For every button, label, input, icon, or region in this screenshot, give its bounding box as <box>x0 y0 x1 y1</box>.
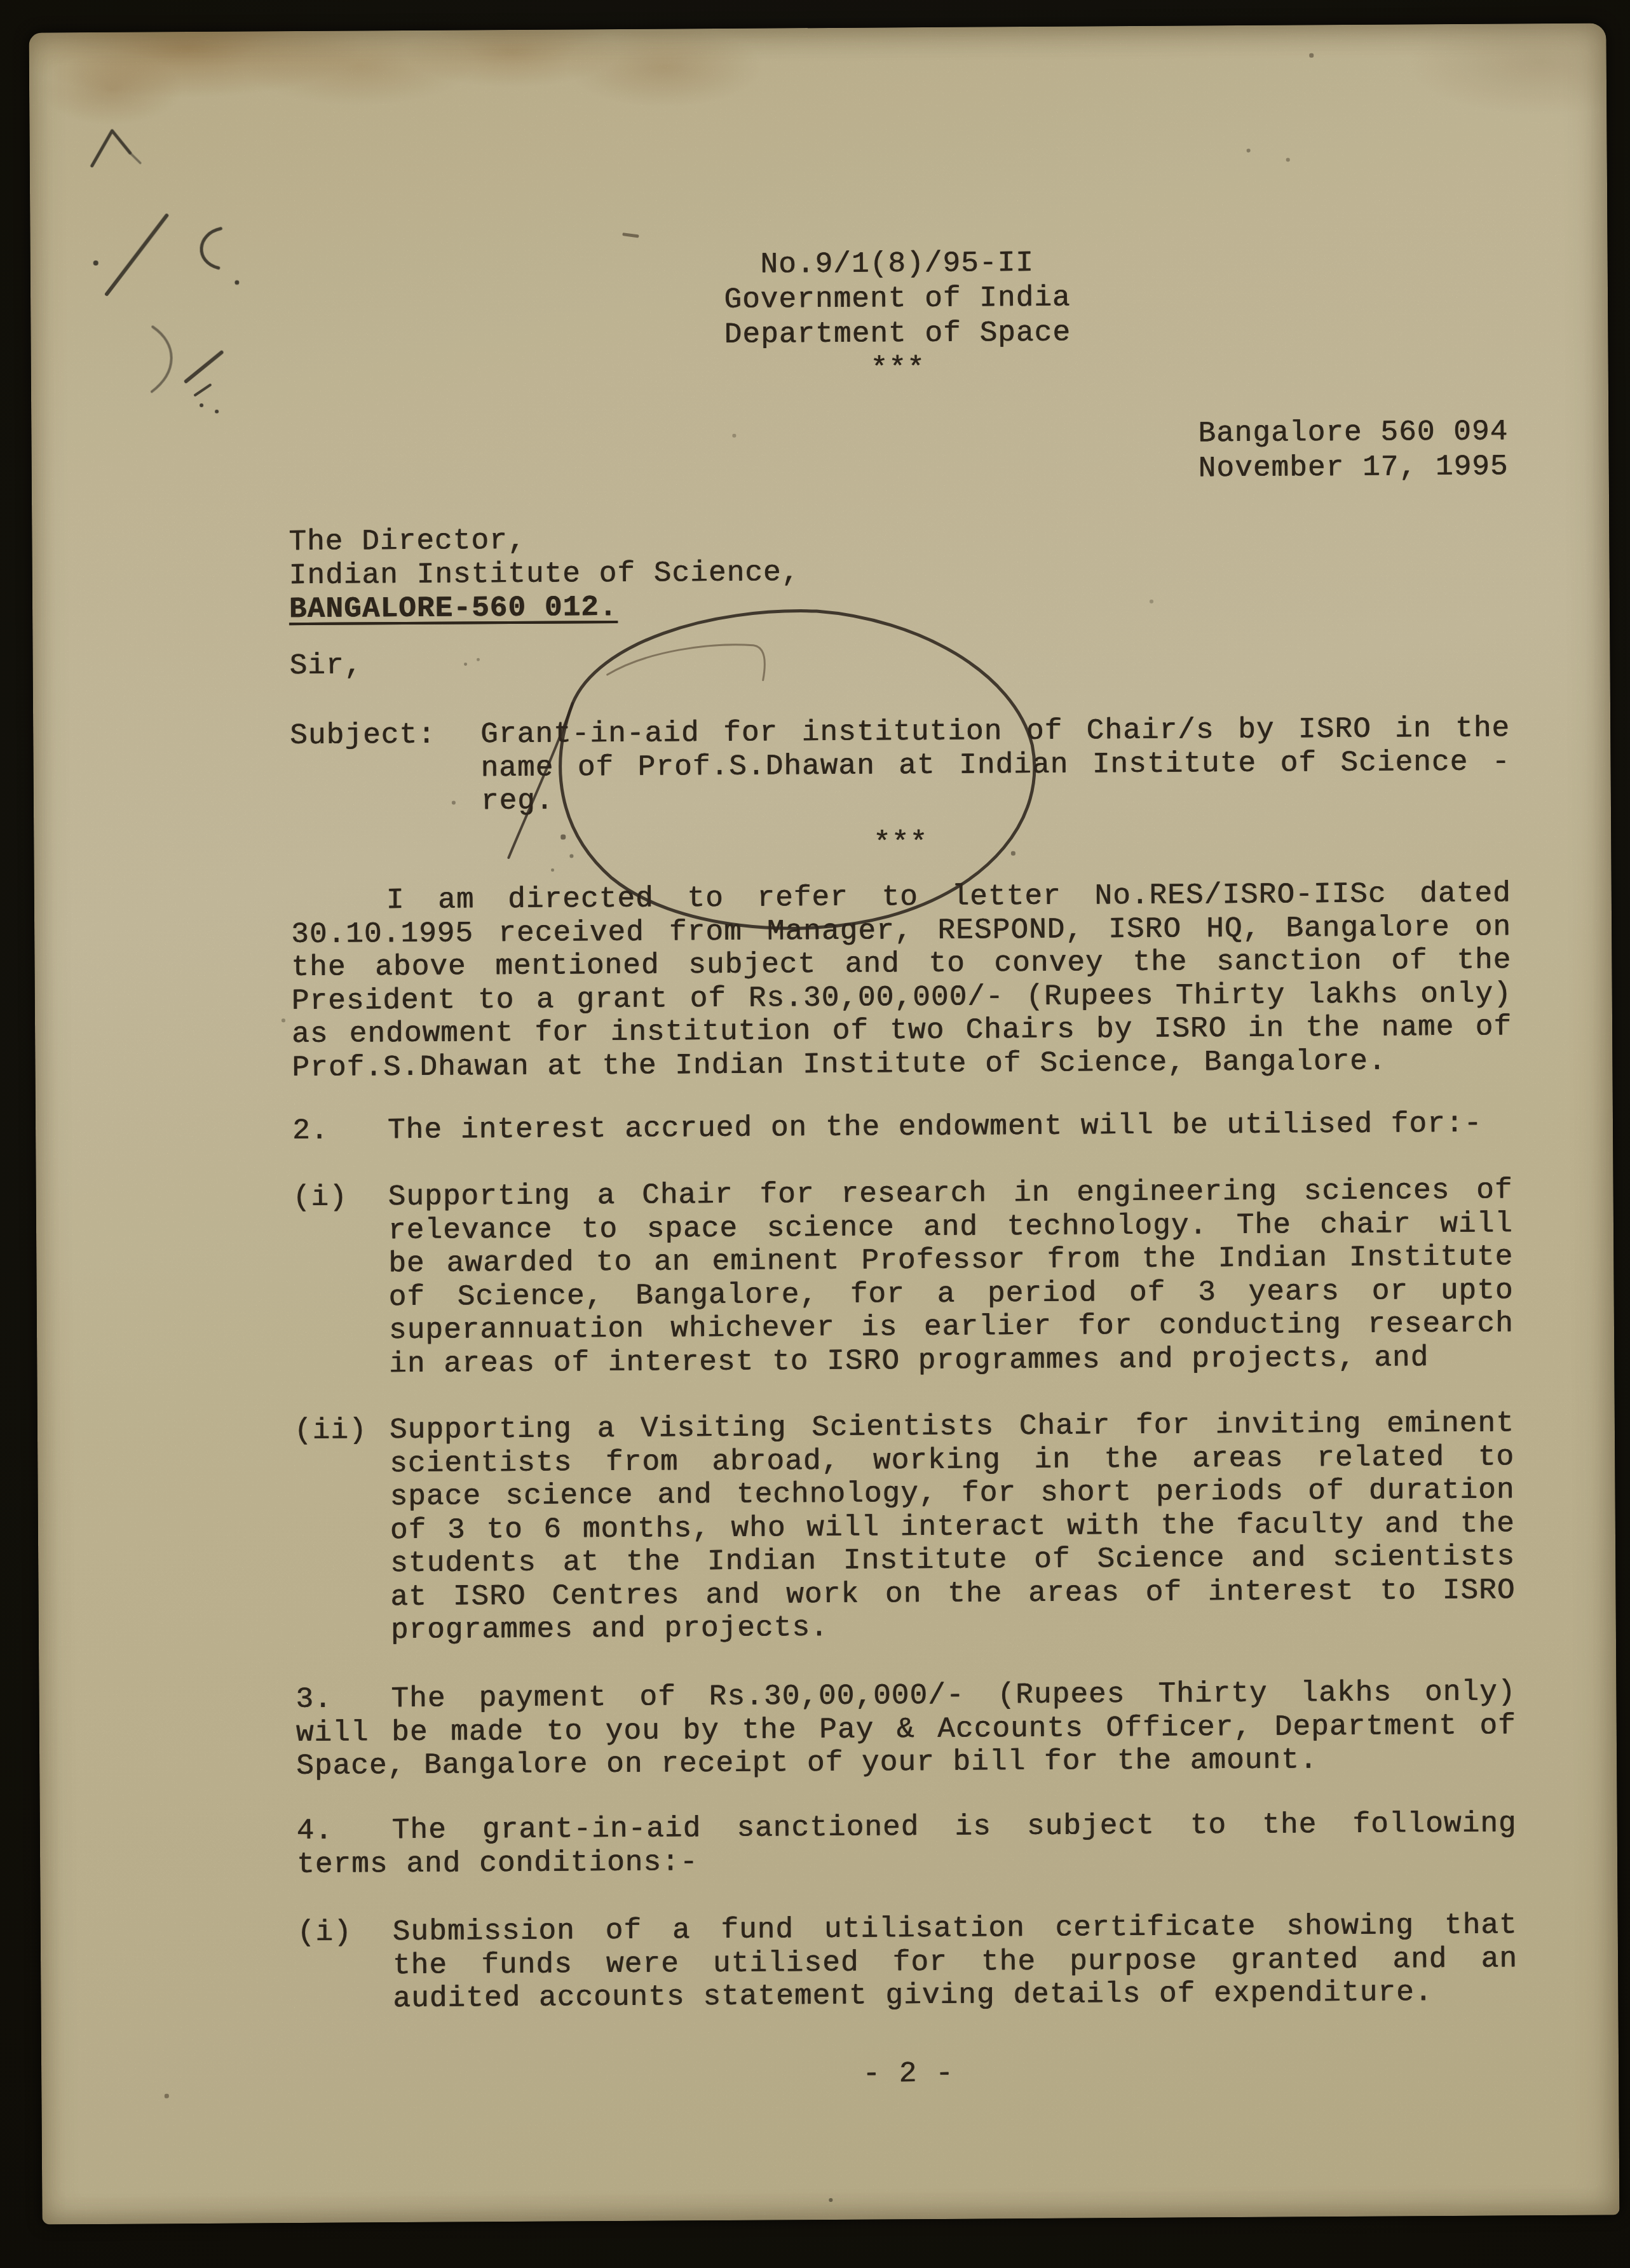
separator-stars: *** <box>288 348 1508 390</box>
addressee-block: The Director,Indian Institute of Science… <box>289 518 1509 626</box>
letterhead: No.9/1(8)/95-II Government of India Depa… <box>287 243 1508 390</box>
salutation-text: Sir, <box>289 642 1509 682</box>
paragraph-2: 2.The interest accrued on the endowment … <box>292 1107 1512 1147</box>
body-line: terms and conditions:- <box>297 1840 1517 1881</box>
subject-block: Subject: Grant-in-aid for institution of… <box>290 712 1511 819</box>
text-line: Grant-in-aid for institution of Chair/s … <box>480 712 1510 751</box>
scanned-letter-page: { "document": { "ref_no": "No.9/1(8)/95-… <box>0 0 1630 2268</box>
paragraph-6: 4.The grant-in-aid sanctioned is subject… <box>297 1807 1518 1881</box>
dateline: Bangalore 560 094 November 17, 1995 <box>288 414 1509 492</box>
body-line: audited accounts statement giving detail… <box>393 1975 1518 2015</box>
letter-paper: No.9/1(8)/95-II Government of India Depa… <box>29 23 1619 2224</box>
paragraph-number-label: 2. <box>292 1114 388 1147</box>
body-line: programmes and projects. <box>391 1607 1516 1647</box>
body-line: in areas of interest to ISRO programmes … <box>389 1340 1514 1380</box>
paragraph-3: Supporting a Chair for research in engin… <box>293 1173 1514 1381</box>
subject-label: Subject: <box>290 719 436 753</box>
text-line: reg. <box>481 778 1511 818</box>
paragraph-4: Supporting a Visiting Scientists Chair f… <box>294 1407 1516 1647</box>
body-line: 2.The interest accrued on the endowment … <box>292 1107 1512 1147</box>
letter-body: I am directed to refer to letter No.RES/… <box>285 24 1505 31</box>
paragraph-number-label: 4. <box>297 1814 392 1847</box>
text-line: name of Prof.S.Dhawan at Indian Institut… <box>480 745 1510 785</box>
subject-separator-stars: *** <box>290 823 1511 863</box>
addressee-city: BANGALORE-560 012. <box>289 585 1509 626</box>
body-line: at ISRO Centres and work on the areas of… <box>390 1574 1515 1614</box>
letter-content: No.9/1(8)/95-II Government of India Depa… <box>285 24 1519 2223</box>
paragraph-7: Submission of a fund utilisation certifi… <box>297 1908 1518 2016</box>
list-item-label: (ii) <box>294 1414 367 1447</box>
ink-specks <box>29 33 30 34</box>
date-line: November 17, 1995 <box>289 449 1509 492</box>
paragraph-5: 3.The payment of Rs.30,00,000/- (Rupees … <box>295 1675 1516 1783</box>
addressee-lines: The Director,Indian Institute of Science… <box>289 518 1509 593</box>
paragraph-1: I am directed to refer to letter No.RES/… <box>291 877 1512 1084</box>
paragraph-number-label: 3. <box>295 1682 391 1716</box>
subject-lines: Grant-in-aid for institution of Chair/s … <box>480 712 1511 818</box>
body-line: Prof.S.Dhawan at the Indian Institute of… <box>292 1044 1512 1084</box>
list-item-label: (i) <box>293 1181 348 1215</box>
salutation: Sir, <box>289 642 1509 682</box>
body-line: Space, Bangalore on receipt of your bill… <box>296 1742 1516 1783</box>
list-item-label: (i) <box>297 1916 352 1950</box>
page-number: - 2 - <box>298 2053 1518 2094</box>
